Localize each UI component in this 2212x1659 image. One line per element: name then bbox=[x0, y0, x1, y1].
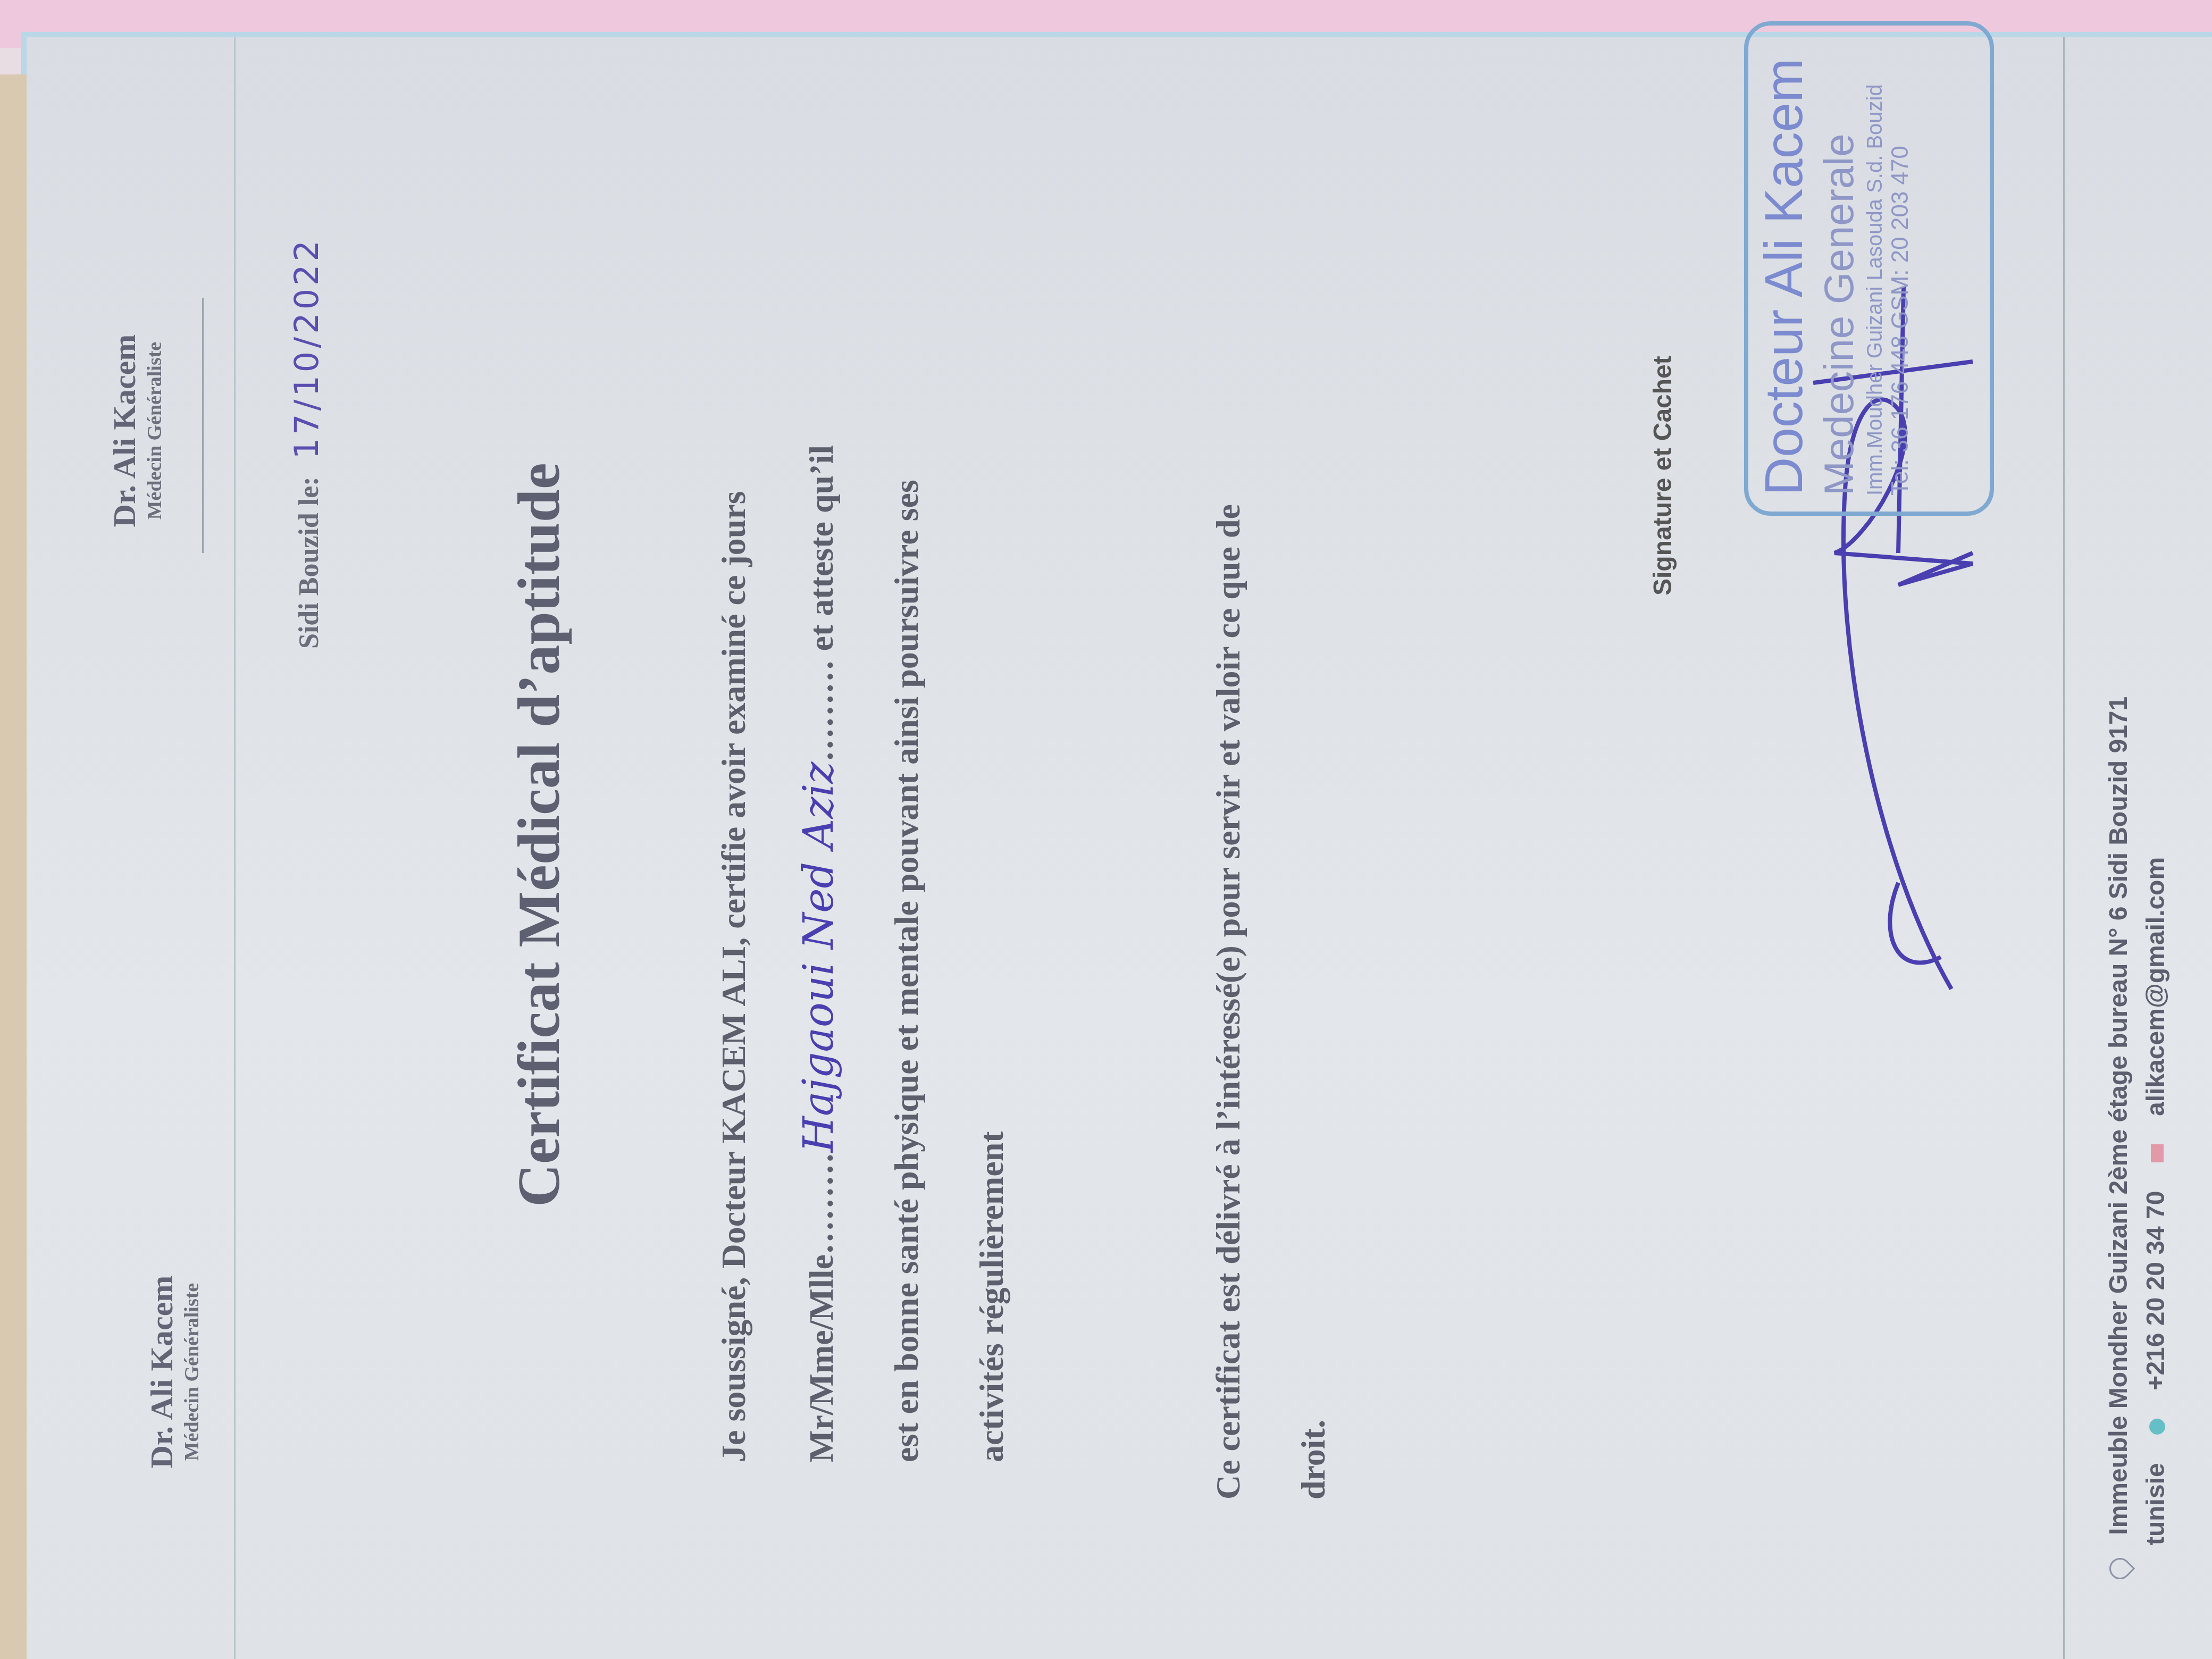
footer-email: alikacem@gmail.com bbox=[2142, 857, 2170, 1116]
body-paragraph: Je soussigné, Docteur KACEM ALI, certifi… bbox=[691, 80, 1034, 1462]
phone-icon bbox=[2149, 1419, 2165, 1435]
date-value: 17/10/2022 bbox=[287, 237, 326, 459]
body-line-3: est en bonne santé physique et mentale p… bbox=[864, 80, 949, 1462]
doctor-name-right: Dr. Ali Kacem bbox=[144, 1266, 180, 1478]
stamp-line-4: Tel: 36 176 448 GSM: 20 203 470 bbox=[1887, 41, 1914, 496]
footer-phone: +216 20 20 34 70 bbox=[2142, 1191, 2170, 1390]
closing-line-1: Ce certificat est délivré à l’intéressé(… bbox=[1186, 117, 1271, 1499]
body-line-2: Mr/Mme/Mlle………Hajgaoui Ned Aziz……… et at… bbox=[776, 80, 864, 1462]
closing-line-2: droit. bbox=[1271, 117, 1356, 1499]
patient-name: Hajgaoui Ned Aziz bbox=[795, 761, 843, 1152]
stamp-line-1: Docteur Ali Kacem bbox=[1754, 41, 1815, 496]
doctor-specialty: Médecin Généraliste bbox=[143, 324, 166, 537]
signature-label: Signature et Cachet bbox=[1648, 356, 1678, 596]
footer-country: tunisie bbox=[2142, 1463, 2170, 1545]
footer-rule bbox=[2063, 37, 2065, 1659]
footer-address-line: Immeuble Mondher Guizani 2ème étage bure… bbox=[2100, 697, 2138, 1579]
header-left-rule bbox=[202, 298, 204, 553]
date-line: Sidi Bouzid le: 17/10/2022 bbox=[287, 237, 326, 649]
doctor-name: Dr. Ali Kacem bbox=[106, 324, 143, 537]
closing-paragraph: Ce certificat est délivré à l’intéressé(… bbox=[1186, 117, 1356, 1499]
header-left: Dr. Ali Kacem Médecin Généraliste bbox=[106, 324, 166, 537]
email-icon bbox=[2151, 1144, 2164, 1162]
footer-contact-line: tunisie +216 20 20 34 70 alikacem@gmail.… bbox=[2138, 697, 2175, 1579]
body-line-1: Je soussigné, Docteur KACEM ALI, certifi… bbox=[691, 80, 776, 1462]
date-label: Sidi Bouzid le: bbox=[294, 476, 324, 649]
stamp-line-3: Imm.Moudher Guizani Lasouda S.d. Bouzid bbox=[1863, 41, 1887, 496]
header-right: Dr. Ali Kacem Médecin Généraliste bbox=[144, 1266, 204, 1478]
document-title: Certificat Médical d’aptitude bbox=[505, 170, 574, 1499]
header-rule bbox=[234, 37, 236, 1659]
location-pin-icon bbox=[2105, 1554, 2135, 1584]
footer: Immeuble Mondher Guizani 2ème étage bure… bbox=[2100, 697, 2175, 1579]
doctor-specialty-right: Médecin Généraliste bbox=[180, 1266, 204, 1478]
body-line-4: activités régulièrement bbox=[949, 80, 1034, 1462]
stamp-line-2: Medecine Generale bbox=[1815, 41, 1863, 496]
certificate-sheet: Dr. Ali Kacem Médecin Généraliste Dr. Al… bbox=[27, 37, 2212, 1659]
doctor-stamp: Docteur Ali Kacem Medecine Generale Imm.… bbox=[1744, 21, 1994, 516]
footer-address: Immeuble Mondher Guizani 2ème étage bure… bbox=[2105, 697, 2133, 1535]
